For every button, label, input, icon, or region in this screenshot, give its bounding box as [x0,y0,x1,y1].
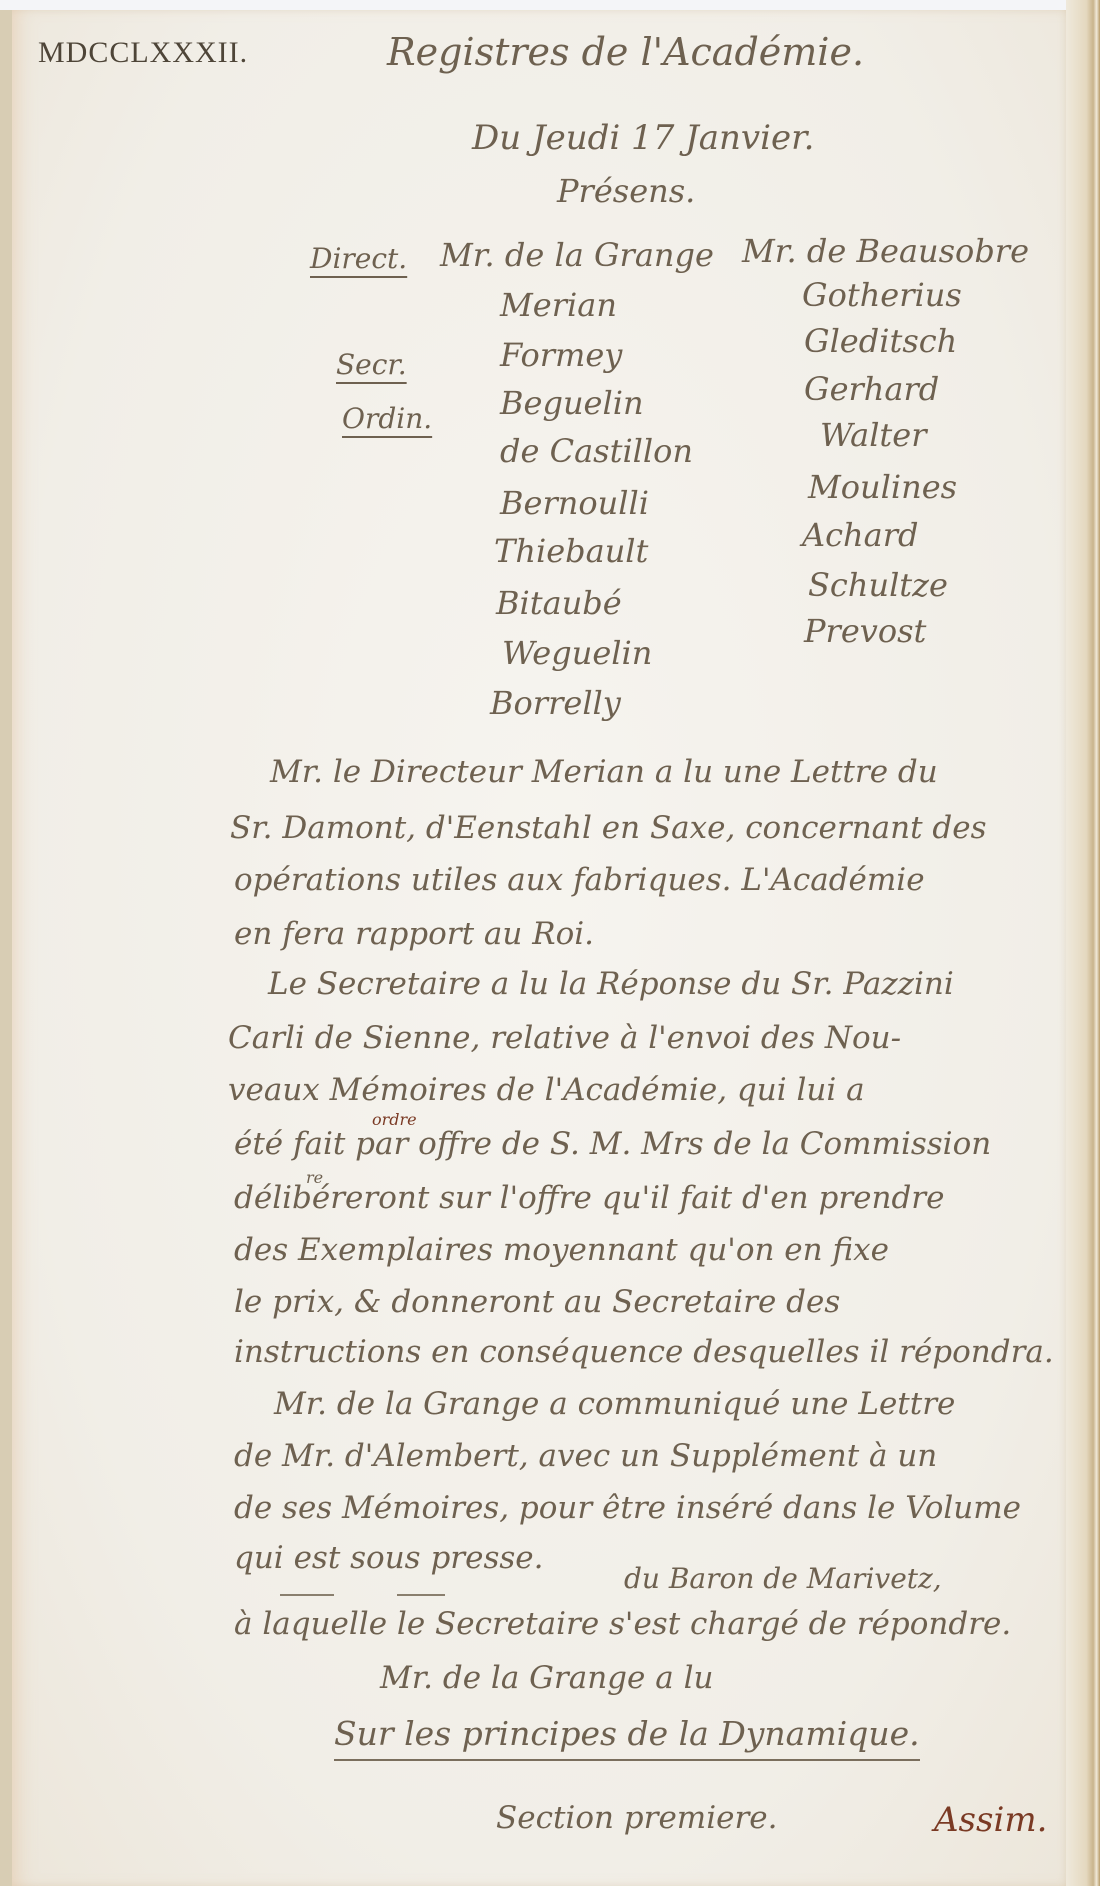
minutes-line: qui est sous presse. [234,1540,543,1576]
meeting-date: Du Jeudi 17 Janvier. [472,118,814,158]
minutes-line: instructions en conséquence desquelles i… [234,1334,1054,1370]
minutes-line: Mr. de la Grange a communiqué une Lettre [274,1386,955,1422]
page-binding-edge [1066,0,1100,1886]
minutes-line: à laquelle le Secretaire s'est chargé de… [234,1606,1011,1642]
minutes-line: de ses Mémoires, pour être inséré dans l… [234,1490,1021,1526]
minutes-line: Carli de Sienne, relative à l'envoi des … [228,1020,901,1056]
member-name: Moulines [808,468,957,506]
member-name: Gleditsch [804,322,957,360]
minutes-line: Le Secretaire a lu la Réponse du Sr. Paz… [268,966,954,1002]
minutes-line: Sr. Damont, d'Eenstahl en Saxe, concerna… [230,810,987,846]
manuscript-scan: MDCCLXXXII. Registres de l'Académie. Du … [0,0,1100,1886]
minutes-line: en fera rapport au Roi. [234,916,594,952]
member-name: Schultze [808,566,948,604]
minutes-line: délibéreront sur l'offre qu'il fait d'en… [234,1180,944,1216]
member-name: Thiebault [494,532,648,570]
member-name: Merian [500,286,617,324]
minutes-line: des Exemplaires moyennant qu'on en fixe [234,1232,889,1268]
member-name: Weguelin [502,634,652,672]
manuscript-page: MDCCLXXXII. Registres de l'Académie. Du … [12,10,1070,1886]
member-name: Borrelly [490,684,621,722]
minutes-insertion: du Baron de Marivetz, [624,1562,942,1595]
member-name: Beguelin [500,384,644,422]
signature: Assim. [934,1800,1047,1840]
insertion-mark [397,1594,445,1596]
section-heading: Section premiere. [496,1800,777,1836]
member-name: Walter [820,416,927,454]
insertion-mark [280,1594,334,1596]
register-title: Registres de l'Académie. [387,30,864,74]
scanner-background [0,0,1100,10]
member-name: Gotherius [802,276,962,314]
present-label: Présens. [557,172,695,210]
member-name: Achard [802,516,919,554]
member-name: Gerhard [804,370,939,408]
member-name: Prevost [804,612,926,650]
member-name: Bitaubé [496,584,622,622]
role-ordinary: Ordin. [342,402,432,435]
minutes-line: Mr. le Directeur Merian a lu une Lettre … [270,754,938,790]
year-numeral: MDCCLXXXII. [38,36,248,70]
role-director: Direct. [310,242,407,275]
member-name: Mr. de la Grange [440,236,714,274]
member-name: Bernoulli [500,484,649,522]
minutes-line: le prix, & donneront au Secretaire des [234,1284,840,1320]
minutes-line: de Mr. d'Alembert, avec un Supplément à … [234,1438,937,1474]
member-name: Mr. de Beausobre [742,232,1029,270]
minutes-line: opérations utiles aux fabriques. L'Acadé… [234,862,925,898]
role-secretary: Secr. [336,348,407,381]
minutes-line: été fait par offre de S. M. Mrs de la Co… [234,1126,991,1162]
minutes-line: Mr. de la Grange a lu [380,1660,713,1696]
minutes-line: veaux Mémoires de l'Académie, qui lui a [228,1072,865,1108]
member-name: de Castillon [500,432,693,470]
member-name: Formey [500,336,622,374]
paper-title: Sur les principes de la Dynamique. [334,1714,920,1761]
